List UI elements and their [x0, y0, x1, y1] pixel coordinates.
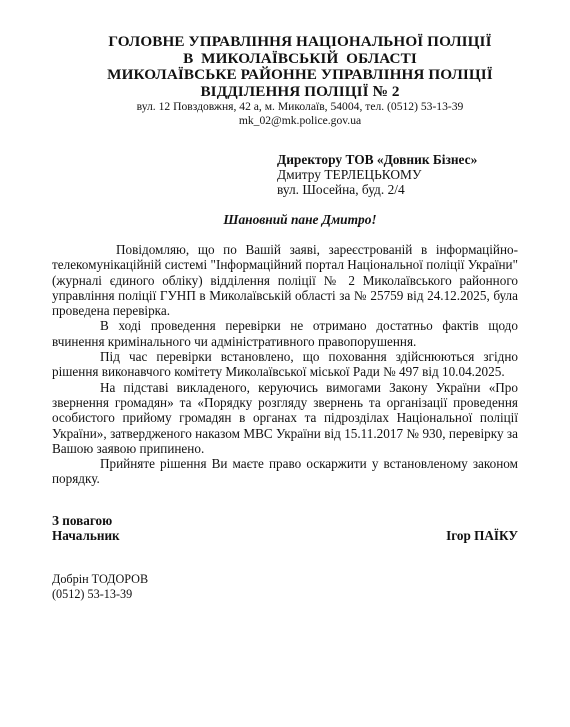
org-email: mk_02@mk.police.gov.ua	[0, 114, 570, 128]
signer-name: Ігор ПАЇКУ	[446, 528, 518, 543]
executor-name: Добрін ТОДОРОВ	[52, 572, 148, 587]
body-paragraph: Повідомляю, що по Вашій заяві, зареєстро…	[52, 242, 518, 318]
org-name-line-2: В МИКОЛАЇВСЬКІЙ ОБЛАСТІ	[0, 51, 570, 68]
executor-phone: (0512) 53-13-39	[52, 587, 148, 602]
org-address: вул. 12 Повздовжня, 42 а, м. Миколаїв, 5…	[0, 100, 570, 114]
body-paragraph: В ході проведення перевірки не отримано …	[52, 318, 518, 349]
body-paragraph: Прийняте рішення Ви маєте право оскаржит…	[52, 456, 518, 487]
org-name-line-3: МИКОЛАЇВСЬКЕ РАЙОННЕ УПРАВЛІННЯ ПОЛІЦІЇ	[0, 67, 570, 84]
recipient-name: Дмитру ТЕРЛЕЦЬКОМУ	[277, 167, 477, 182]
closing-phrase: З повагою	[52, 513, 518, 528]
signer-position: Начальник	[52, 528, 120, 543]
letter-body: Повідомляю, що по Вашій заяві, зареєстро…	[52, 242, 518, 487]
signature-block: З повагою Начальник Ігор ПАЇКУ	[52, 513, 518, 544]
recipient-title: Директору ТОВ «Довник Бізнес»	[277, 152, 477, 167]
body-paragraph: На підставі викладеного, керуючись вимог…	[52, 380, 518, 456]
salutation: Шановний пане Дмитро!	[0, 212, 570, 228]
org-name-line-1: ГОЛОВНЕ УПРАВЛІННЯ НАЦІОНАЛЬНОЇ ПОЛІЦІЇ	[0, 34, 570, 51]
executor-block: Добрін ТОДОРОВ (0512) 53-13-39	[52, 572, 148, 601]
recipient-block: Директору ТОВ «Довник Бізнес» Дмитру ТЕР…	[277, 152, 477, 198]
org-name-line-4: ВІДДІЛЕННЯ ПОЛІЦІЇ № 2	[0, 84, 570, 101]
recipient-address: вул. Шосейна, буд. 2/4	[277, 182, 477, 197]
letter-page: ГОЛОВНЕ УПРАВЛІННЯ НАЦІОНАЛЬНОЇ ПОЛІЦІЇ …	[0, 0, 570, 727]
letterhead: ГОЛОВНЕ УПРАВЛІННЯ НАЦІОНАЛЬНОЇ ПОЛІЦІЇ …	[0, 34, 570, 128]
body-paragraph: Під час перевірки встановлено, що похова…	[52, 349, 518, 380]
